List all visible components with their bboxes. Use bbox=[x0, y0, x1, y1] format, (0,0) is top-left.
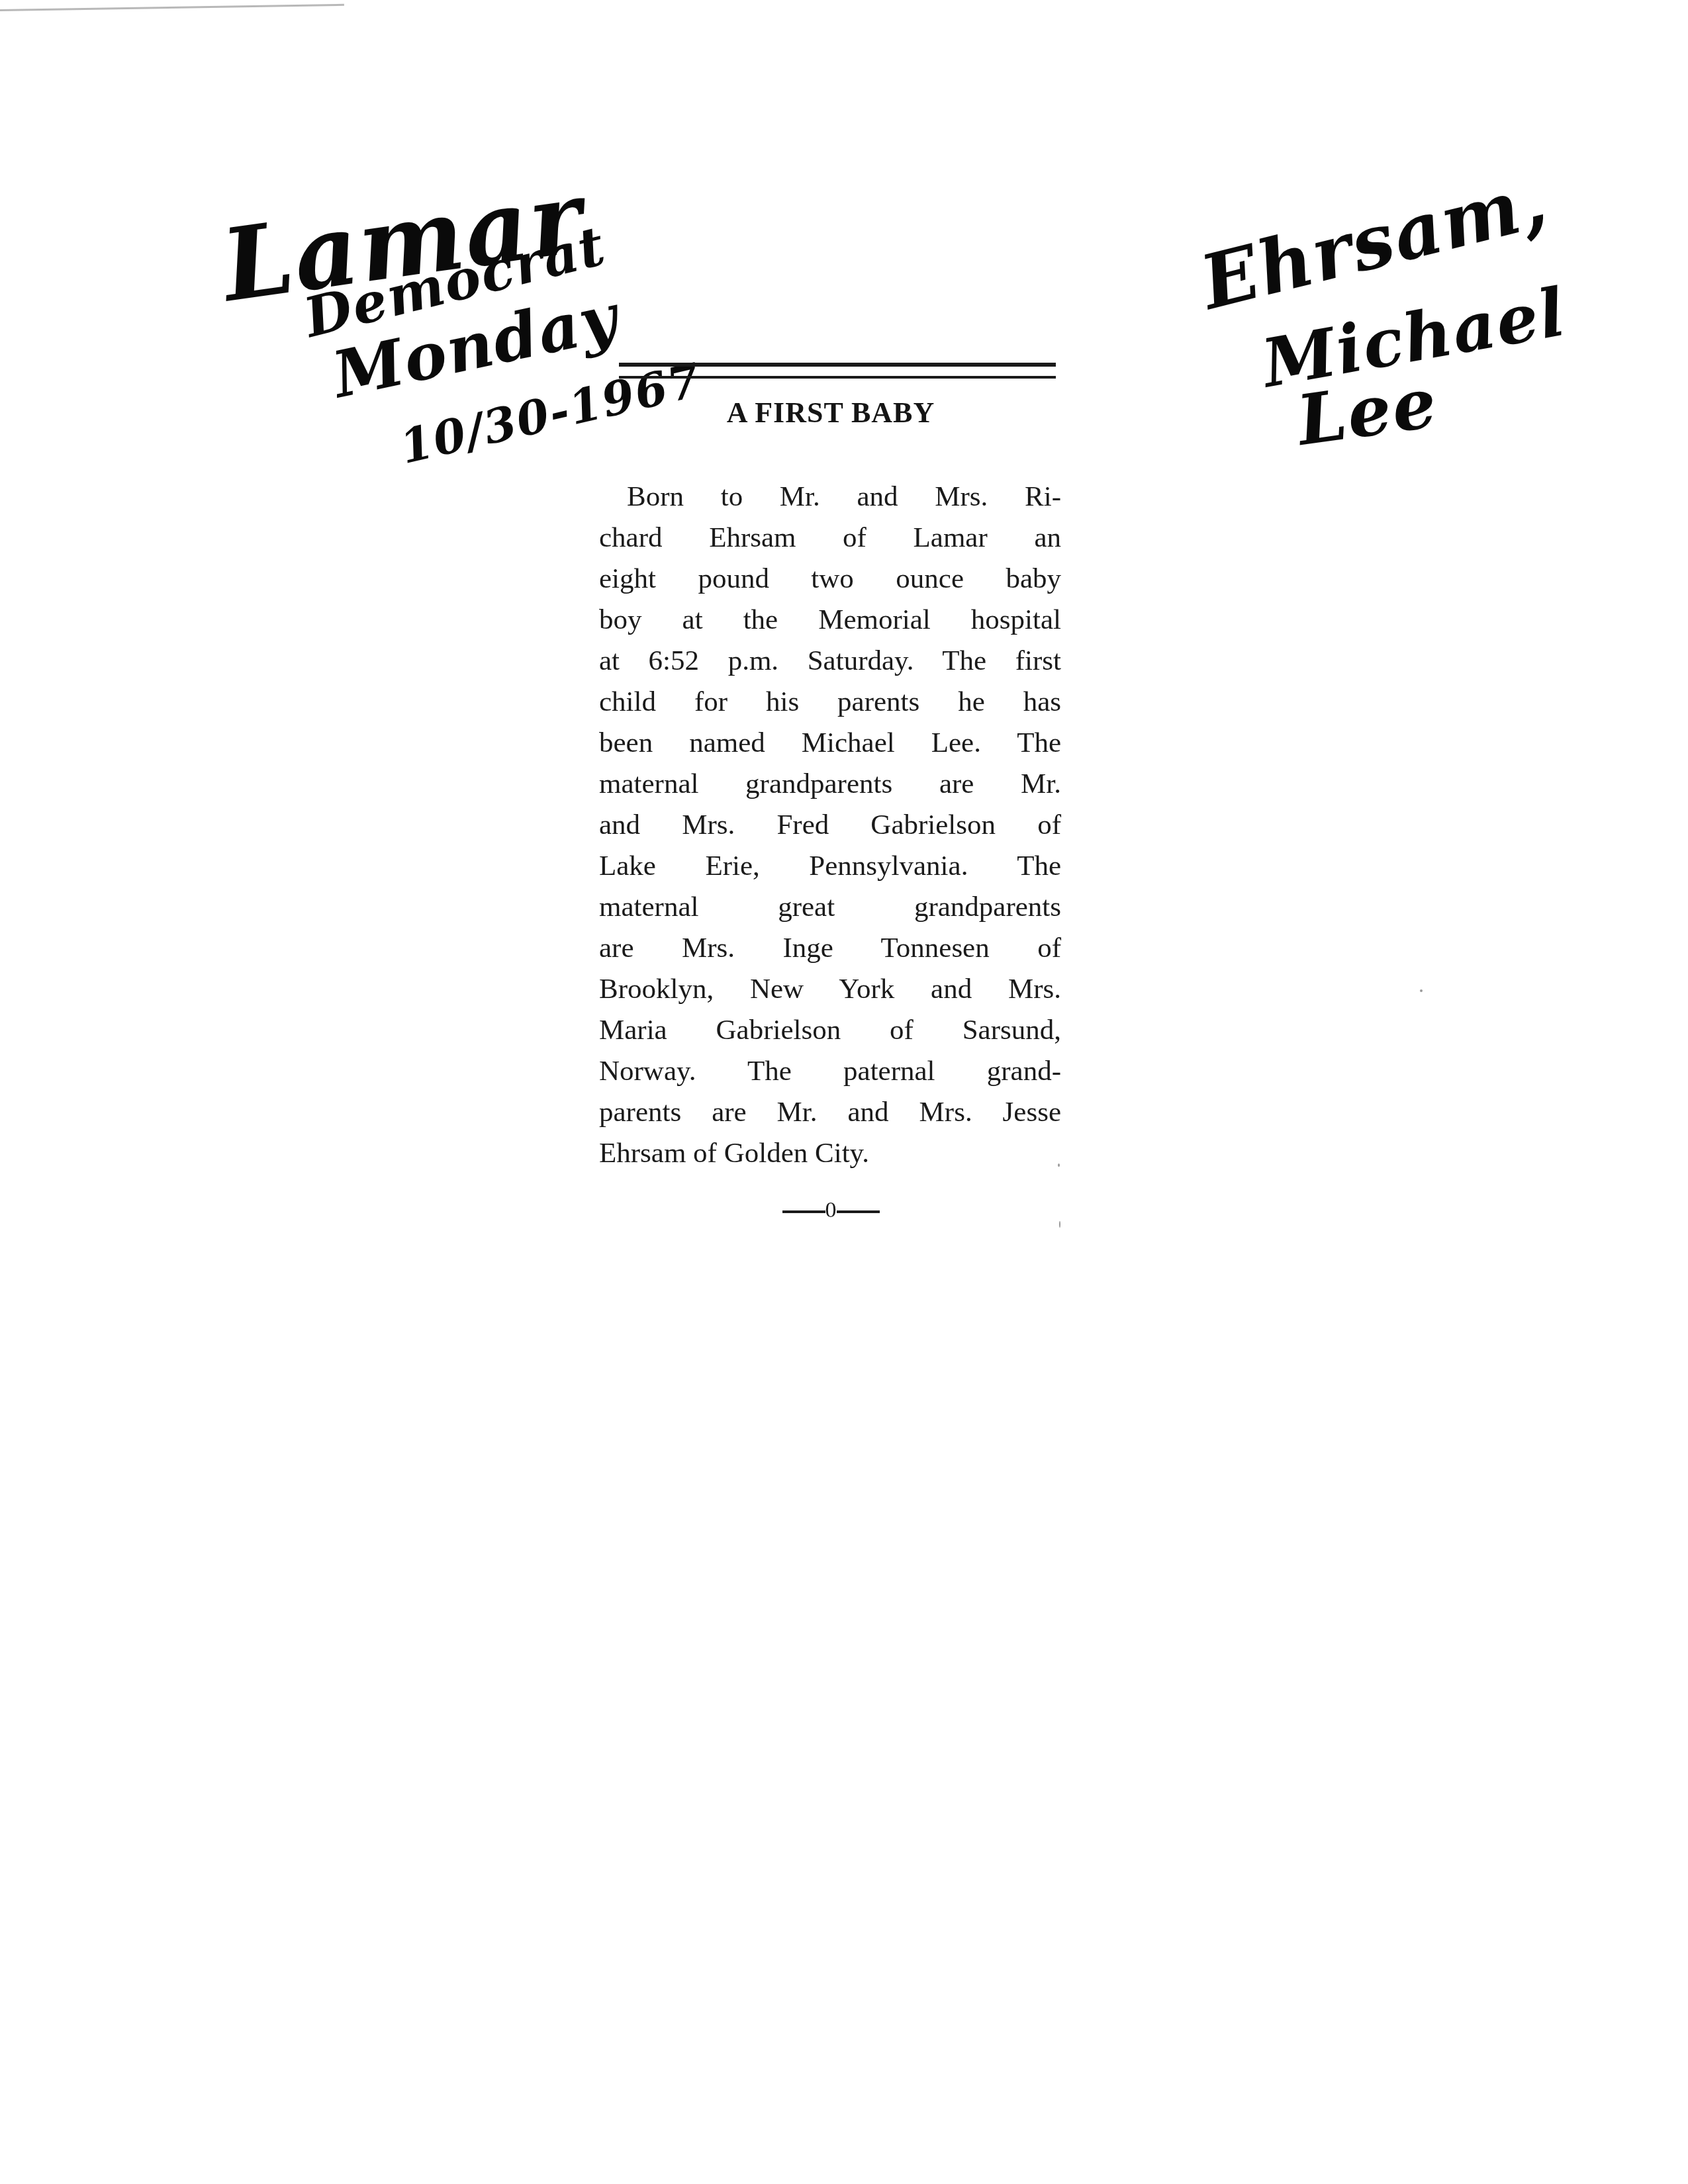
article-line: are Mrs. Inge Tonnesen of bbox=[599, 928, 1061, 969]
article-line: parents are Mr. and Mrs. Jesse bbox=[599, 1092, 1061, 1133]
article-line: Born to Mr. and Mrs. Ri- bbox=[599, 477, 1061, 518]
scan-speck bbox=[1420, 989, 1423, 992]
article-line: and Mrs. Fred Gabrielson of bbox=[599, 805, 1061, 846]
article-line: maternal great grandparents bbox=[599, 887, 1061, 928]
article-line: at 6:52 p.m. Saturday. The first bbox=[599, 641, 1061, 682]
article-line: eight pound two ounce baby bbox=[599, 559, 1061, 600]
scan-speck bbox=[1058, 1163, 1060, 1167]
article-line: Lake Erie, Pennsylvania. The bbox=[599, 846, 1061, 887]
end-mark-divider: 0 bbox=[599, 1198, 1062, 1223]
article-line: Ehrsam of Golden City. bbox=[599, 1133, 1061, 1174]
article-line: child for his parents he has bbox=[599, 682, 1061, 723]
scan-edge-shadow bbox=[0, 0, 344, 11]
clipping-headline: A FIRST BABY bbox=[599, 396, 1062, 430]
end-mark-dash-right bbox=[837, 1210, 880, 1213]
article-line: been named Michael Lee. The bbox=[599, 723, 1061, 764]
article-line: chard Ehrsam of Lamar an bbox=[599, 518, 1061, 559]
end-mark-symbol: 0 bbox=[825, 1198, 837, 1222]
article-line: Maria Gabrielson of Sarsund, bbox=[599, 1010, 1061, 1051]
article-line: Norway. The paternal grand- bbox=[599, 1051, 1061, 1092]
article-line: Brooklyn, New York and Mrs. bbox=[599, 969, 1061, 1010]
scan-speck bbox=[1059, 1221, 1060, 1228]
clipping-body: Born to Mr. and Mrs. Ri-chard Ehrsam of … bbox=[599, 477, 1061, 1174]
handwriting-middle-name: Lee bbox=[1293, 368, 1442, 455]
article-line: maternal grandparents are Mr. bbox=[599, 764, 1061, 805]
end-mark-dash-left bbox=[782, 1210, 825, 1213]
article-line: boy at the Memorial hospital bbox=[599, 600, 1061, 641]
double-rule-divider bbox=[619, 363, 1056, 379]
